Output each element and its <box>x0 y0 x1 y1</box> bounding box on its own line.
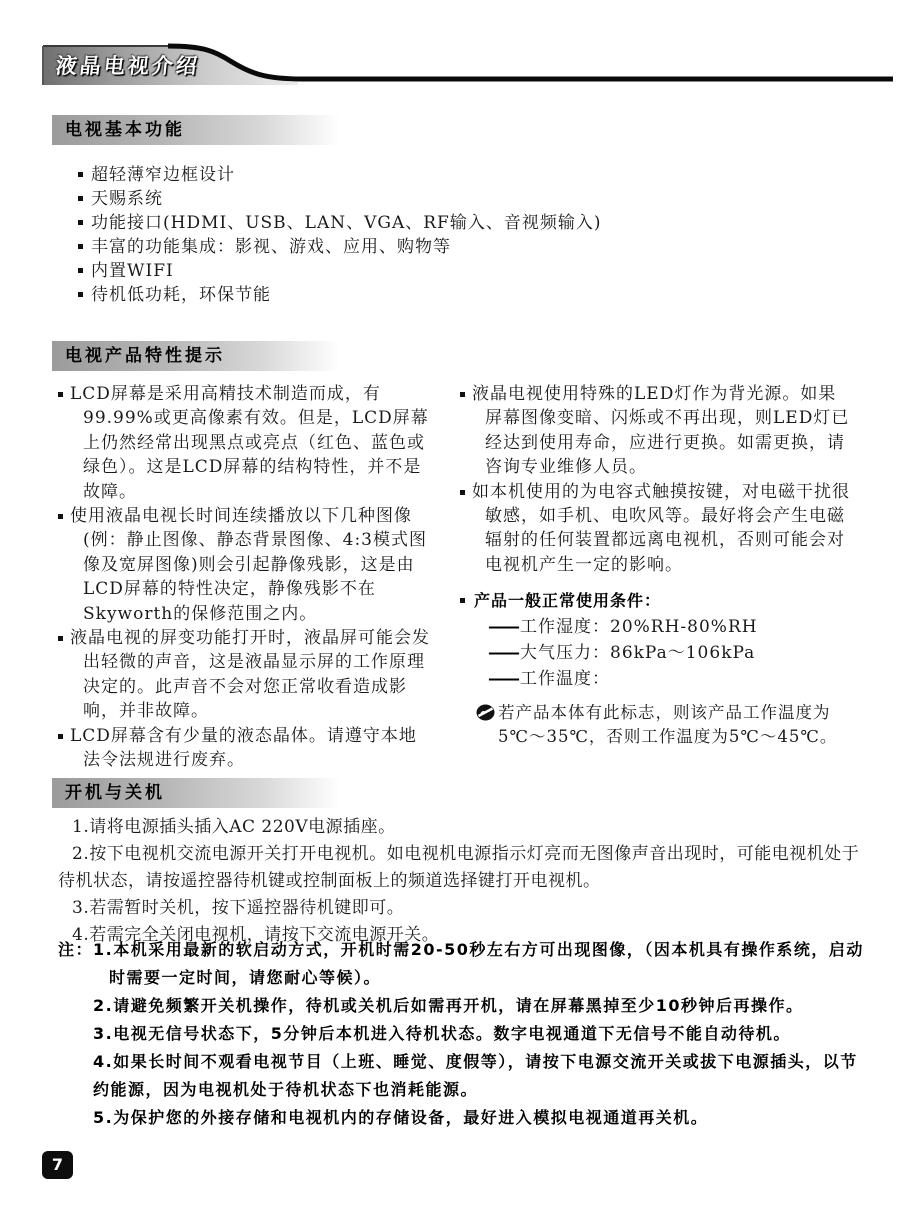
power-steps: 1.请将电源插头插入AC 220V电源插座。 2.按下电视机交流电源开关打开电视… <box>58 814 864 949</box>
condition-row: ——工作湿度：20%RH-80%RH <box>488 614 852 640</box>
dash-mark: —— <box>488 643 518 663</box>
mark-note-text: 若产品本体有此标志，则该产品工作温度为5℃～35℃，否则工作温度为5℃～45℃。 <box>498 701 852 749</box>
bullet-icon <box>78 292 83 297</box>
conditions-title: 产品一般正常使用条件： <box>460 589 852 613</box>
temperature-mark-note: 若产品本体有此标志，则该产品工作温度为5℃～35℃，否则工作温度为5℃～45℃。 <box>476 701 852 749</box>
bullet-icon <box>460 490 465 495</box>
note-item: 4.如果长时间不观看电视节目（上班、睡觉、度假等），请按下电源交流开关或拔下电源… <box>93 1048 870 1104</box>
manual-page: 液晶电视介绍 电视基本功能 超轻薄窄边框设计 天赐系统 功能接口(HDMI、US… <box>0 0 898 1229</box>
bullet-icon <box>78 220 83 225</box>
section-header-power: 开机与关机 <box>52 778 352 808</box>
condition-row: ——大气压力：86kPa～106kPa <box>488 640 852 666</box>
banner-title: 液晶电视介绍 <box>54 50 277 80</box>
list-item: LCD屏幕含有少量的液态晶体。请遵守本地法令法规进行废弃。 <box>58 724 430 773</box>
note-items: 1.本机采用最新的软启动方式，开机时需20-50秒左右方可出现图像，（因本机具有… <box>93 936 870 1132</box>
step-item: 1.请将电源插头插入AC 220V电源插座。 <box>58 814 864 841</box>
list-item: 丰富的功能集成：影视、游戏、应用、购物等 <box>78 235 698 259</box>
section-header-basic: 电视基本功能 <box>52 115 352 145</box>
features-right-column: 液晶电视使用特殊的LED灯作为背光源。如果屏幕图像变暗、闪烁或不再出现，则LED… <box>460 382 852 749</box>
features-left-column: LCD屏幕是采用高精技术制造而成，有99.99%或更高像素有效。但是，LCD屏幕… <box>58 382 430 773</box>
list-item: LCD屏幕是采用高精技术制造而成，有99.99%或更高像素有效。但是，LCD屏幕… <box>58 382 430 504</box>
condition-row: ——工作温度： <box>488 666 852 692</box>
bullet-icon <box>78 268 83 273</box>
note-label: 注： <box>58 936 93 1132</box>
list-item: 如本机使用的为电容式触摸按键，对电磁干扰很敏感，如手机、电吹风等。最好将会产生电… <box>460 480 852 578</box>
note-item: 1.本机采用最新的软启动方式，开机时需20-50秒左右方可出现图像，（因本机具有… <box>93 936 870 992</box>
basic-function-list: 超轻薄窄边框设计 天赐系统 功能接口(HDMI、USB、LAN、VGA、RF输入… <box>78 163 698 307</box>
list-item: 超轻薄窄边框设计 <box>78 163 698 187</box>
bullet-icon <box>58 392 63 397</box>
page-number-badge: 7 <box>42 1151 73 1179</box>
dash-mark: —— <box>488 617 518 637</box>
power-notes: 注： 1.本机采用最新的软启动方式，开机时需20-50秒左右方可出现图像，（因本… <box>58 936 870 1132</box>
note-item: 3.电视无信号状态下，5分钟后本机进入待机状态。数字电视通道下无信号不能自动待机… <box>93 1020 870 1048</box>
bullet-icon <box>78 196 83 201</box>
bullet-icon <box>58 514 63 519</box>
bullet-icon <box>78 244 83 249</box>
list-item: 待机低功耗，环保节能 <box>78 283 698 307</box>
restriction-mark-icon <box>476 701 498 749</box>
list-item: 液晶电视的屏变功能打开时，液晶屏可能会发出轻微的声音，这是液晶显示屏的工作原理决… <box>58 626 430 724</box>
list-item: 功能接口(HDMI、USB、LAN、VGA、RF输入、音视频输入) <box>78 211 698 235</box>
step-item: 3.若需暂时关机，按下遥控器待机键即可。 <box>58 895 864 922</box>
section-header-features: 电视产品特性提示 <box>52 341 352 371</box>
conditions-rows: ——工作湿度：20%RH-80%RH ——大气压力：86kPa～106kPa —… <box>488 614 852 692</box>
list-item: 液晶电视使用特殊的LED灯作为背光源。如果屏幕图像变暗、闪烁或不再出现，则LED… <box>460 382 852 480</box>
dash-mark: —— <box>488 669 518 689</box>
note-item: 2.请避免频繁开关机操作，待机或关机后如需再开机，请在屏幕黑掉至少10秒钟后再操… <box>93 992 870 1020</box>
bullet-icon <box>460 392 465 397</box>
note-item: 5.为保护您的外接存储和电视机内的存储设备，最好进入模拟电视通道再关机。 <box>93 1104 870 1132</box>
bullet-icon <box>58 734 63 739</box>
list-item: 内置WIFI <box>78 259 698 283</box>
bullet-icon <box>58 636 63 641</box>
list-item: 天赐系统 <box>78 187 698 211</box>
bullet-icon <box>78 172 83 177</box>
step-item: 2.按下电视机交流电源开关打开电视机。如电视机电源指示灯亮而无图像声音出现时，可… <box>58 841 864 895</box>
list-item: 使用液晶电视长时间连续播放以下几种图像(例：静止图像、静态背景图像、4:3模式图… <box>58 504 430 626</box>
bullet-icon <box>460 598 465 603</box>
